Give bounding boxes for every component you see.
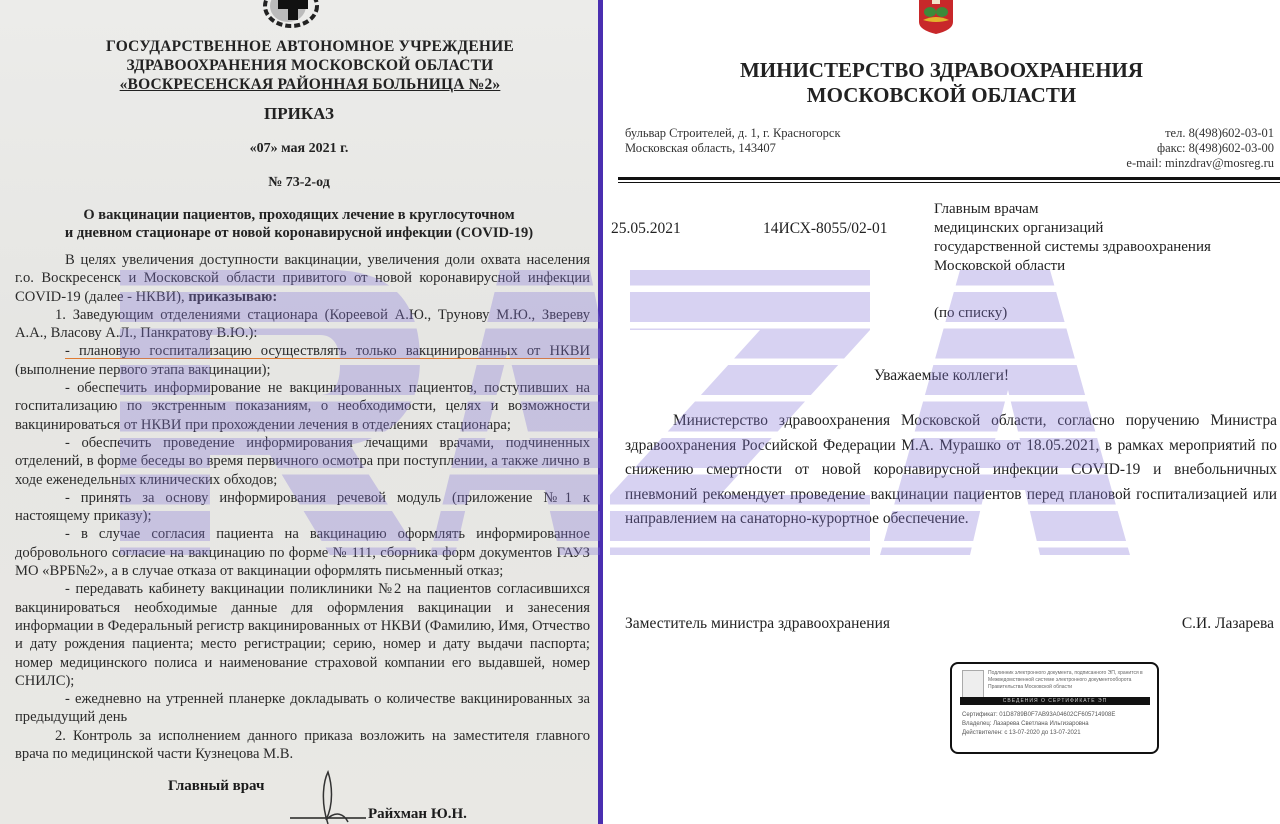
cert-owner: Владелец: Лазарева Светлана Ильгизаровна (962, 720, 1115, 729)
greeting: Уважаемые коллеги! (603, 366, 1280, 385)
left-document-page: ГОСУДАРСТВЕННОЕ АВТОНОМНОЕ УЧРЕЖДЕНИЕ ЗД… (0, 0, 598, 824)
moscow-oblast-coat-of-arms-icon (917, 0, 955, 36)
letter-ref-number: 14ИСХ-8055/02-01 (763, 219, 887, 238)
addressee-block: Главным врачам медицинских организаций г… (934, 200, 1211, 276)
signer-title: Заместитель министра здравоохранения (625, 614, 890, 633)
cert-validity: Действителен: с 13-07-2020 до 13-07-2021 (962, 729, 1115, 738)
signature-name: Райхман Ю.Н. (368, 806, 467, 823)
order-body: В целях увеличения доступности вакцинаци… (15, 251, 590, 763)
doc-number: № 73-2-од (0, 175, 598, 191)
cert-emblem-icon (962, 670, 984, 698)
ministry-address: бульвар Строителей, д. 1, г. Красногорск… (625, 126, 841, 156)
letterhead-rule-thin (618, 182, 1280, 183)
ministry-email-link[interactable]: e-mail: minzdrav@mosreg.ru (1126, 156, 1274, 171)
doc-type: ПРИКАЗ (0, 104, 598, 124)
e-signature-certificate-stamp: Подлинник электронного документа, подпис… (950, 662, 1159, 754)
letter-body: Министерство здравоохранения Московской … (625, 409, 1277, 532)
letterhead-rule-thick (618, 177, 1280, 180)
right-document-page: МИНИСТЕРСТВО ЗДРАВООХРАНЕНИЯ МОСКОВСКОЙ … (603, 0, 1280, 824)
org-header: ГОСУДАРСТВЕННОЕ АВТОНОМНОЕ УЧРЕЖДЕНИЕ ЗД… (60, 37, 560, 94)
item-1-highlight: - плановую госпитализацию осуществлять т… (15, 342, 590, 379)
bullet-5: - передавать кабинету вакцинации поликли… (15, 580, 590, 690)
ministry-title: МИНИСТЕРСТВО ЗДРАВООХРАНЕНИЯ МОСКОВСКОЙ … (603, 58, 1280, 108)
signer-name: С.И. Лазарева (1182, 614, 1274, 633)
doc-date: «07» мая 2021 г. (0, 141, 598, 157)
item-2: 2. Контроль за исполнением данного прика… (15, 727, 590, 764)
letter-date: 25.05.2021 (611, 219, 681, 238)
bullet-6: - ежедневно на утренней планерке доклады… (15, 690, 590, 727)
cert-number: Сертификат: 01D8789B0F7AB93A04602CF60571… (962, 711, 1115, 720)
signature-scribble-icon (290, 770, 370, 824)
bullet-2: - обеспечить проведение информирования л… (15, 434, 590, 489)
addressee-note: (по списку) (934, 304, 1007, 323)
bullet-4: - в случае согласия пациента на вакцинац… (15, 525, 590, 580)
doc-subject: О вакцинации пациентов, проходящих лечен… (0, 206, 598, 242)
bullet-1: - обеспечить информирование не вакциниро… (15, 379, 590, 434)
signature-title: Главный врач (168, 778, 264, 795)
intro-paragraph: В целях увеличения доступности вакцинаци… (15, 251, 590, 306)
item-1: 1. Заведующим отделениями стационара (Ко… (15, 306, 590, 343)
bullet-3: - принять за основу информирования речев… (15, 489, 590, 526)
ministry-contacts: тел. 8(498)602-03-01 факс: 8(498)602-03-… (1126, 126, 1274, 171)
hospital-logo-icon (258, 0, 324, 30)
